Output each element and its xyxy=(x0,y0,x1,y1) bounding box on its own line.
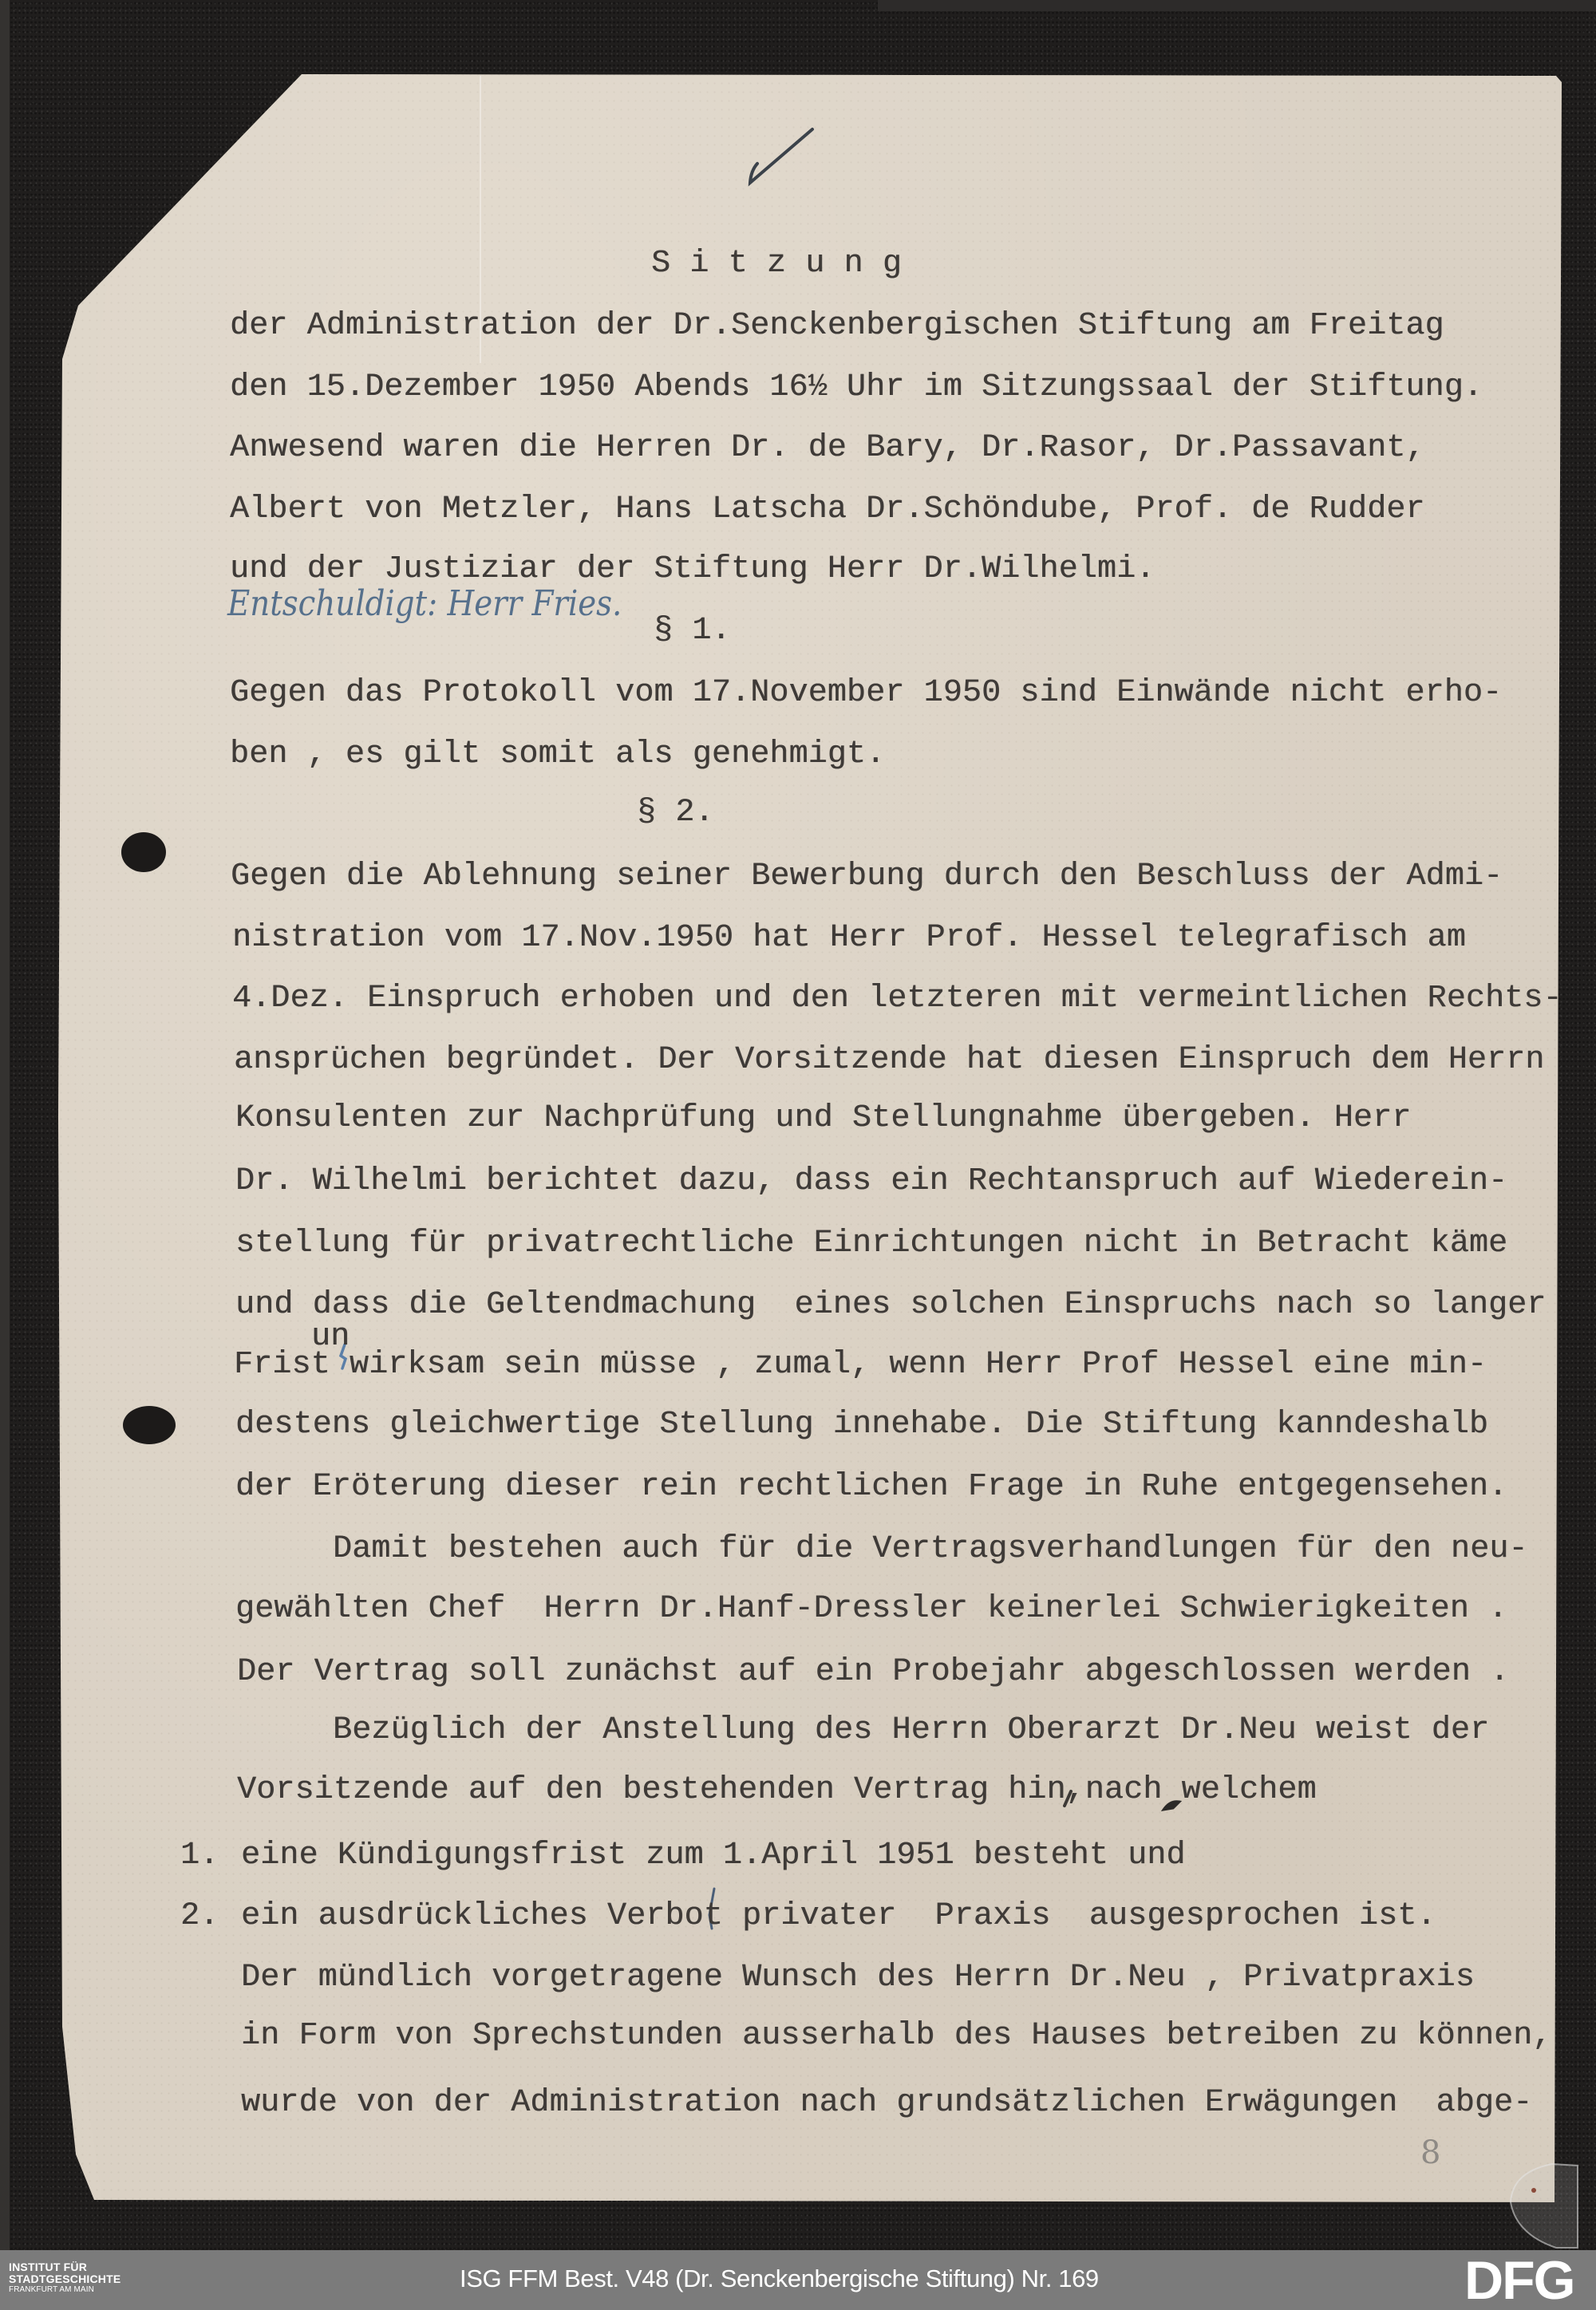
section-2-line: gewählten Chef Herrn Dr.Hanf-Dressler ke… xyxy=(235,1593,1507,1625)
section-2-line: Frist wirksam sein müsse , zumal, wenn H… xyxy=(234,1349,1487,1381)
archive-footer: INSTITUT FÜR STADTGESCHICHTE FRANKFURT A… xyxy=(0,2250,1596,2310)
punch-hole-icon xyxy=(123,1406,176,1444)
list-item-number: 2. xyxy=(180,1901,219,1933)
section-2-line: stellung für privatrechtliche Einrichtun… xyxy=(235,1228,1507,1260)
institute-name-line1: INSTITUT FÜR xyxy=(9,2261,120,2273)
section-2-line: Konsulenten zur Nachprüfung und Stellung… xyxy=(235,1103,1411,1135)
intro-line: Albert von Metzler, Hans Latscha Dr.Schö… xyxy=(230,494,1425,526)
section-2-line: Damit bestehen auch für die Vertragsverh… xyxy=(333,1534,1528,1566)
section-2-line: in Form von Sprechstunden ausserhalb des… xyxy=(241,2020,1551,2052)
pencil-page-number: 8 xyxy=(1420,2137,1440,2169)
list-item-number: 1. xyxy=(180,1840,219,1872)
section-2-line: Gegen die Ablehnung seiner Bewerbung dur… xyxy=(231,861,1503,893)
section-2-line: destens gleichwertige Stellung innehabe.… xyxy=(235,1409,1488,1441)
intro-line: den 15.Dezember 1950 Abends 16½ Uhr im S… xyxy=(230,372,1483,404)
section-2-line: Der mündlich vorgetragene Wunsch des Her… xyxy=(241,1962,1475,1994)
scanner-edge-top xyxy=(878,0,1596,11)
document-title: S i t z u n g xyxy=(651,248,902,280)
intro-line: und der Justiziar der Stiftung Herr Dr.W… xyxy=(230,554,1155,586)
dfg-logo-icon: DFG xyxy=(1464,2253,1574,2308)
institute-name-line2: STADTGESCHICHTE xyxy=(9,2273,120,2285)
section-2-line: Vorsitzende auf den bestehenden Vertrag … xyxy=(237,1775,1317,1807)
archive-caption: ISG FFM Best. V48 (Dr. Senckenbergische … xyxy=(460,2265,1099,2293)
punch-hole-icon xyxy=(121,832,166,872)
section-2-line: ansprüchen begründet. Der Vorsitzende ha… xyxy=(234,1044,1544,1076)
section-1-heading: § 1. xyxy=(654,615,731,647)
section-2-line: Der Vertrag soll zunächst auf ein Probej… xyxy=(237,1656,1509,1688)
section-2-line: der Eröterung dieser rein rechtlichen Fr… xyxy=(235,1471,1507,1503)
section-2-line: 4.Dez. Einspruch erhoben und den letzter… xyxy=(232,983,1562,1015)
section-2-line: Bezüglich der Anstellung des Herrn Obera… xyxy=(333,1715,1489,1747)
section-2-line: Dr. Wilhelmi berichtet dazu, dass ein Re… xyxy=(235,1166,1507,1198)
section-2-line: wurde von der Administration nach grunds… xyxy=(241,2087,1532,2119)
scanner-edge-left xyxy=(0,0,10,2250)
handwritten-excused-note: Entschuldigt: Herr Fries. xyxy=(227,586,622,622)
section-1-line: Gegen das Protokoll vom 17.November 1950… xyxy=(230,677,1502,709)
section-2-heading: § 2. xyxy=(637,797,714,829)
section-1-line: ben , es gilt somit als genehmigt. xyxy=(230,739,885,771)
section-2-line: und dass die Geltendmachung eines solche… xyxy=(235,1289,1546,1321)
institute-logo: INSTITUT FÜR STADTGESCHICHTE FRANKFURT A… xyxy=(9,2261,120,2295)
intro-line: der Administration der Dr.Senckenbergisc… xyxy=(230,310,1444,342)
section-2-line: nistration vom 17.Nov.1950 hat Herr Prof… xyxy=(232,922,1466,954)
intro-line: Anwesend waren die Herren Dr. de Bary, D… xyxy=(230,432,1425,464)
institute-location: FRANKFURT AM MAIN xyxy=(9,2285,120,2295)
list-item: ein ausdrückliches Verbot privater Praxi… xyxy=(241,1901,1436,1933)
list-item: eine Kündigungsfrist zum 1.April 1951 be… xyxy=(241,1840,1186,1872)
